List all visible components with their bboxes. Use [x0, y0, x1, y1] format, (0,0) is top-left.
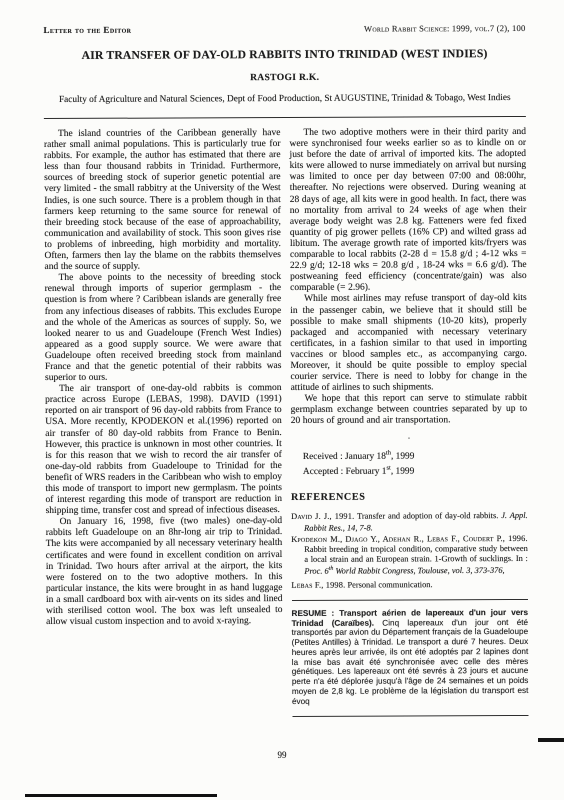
reference-item: Kpodekon M., Djago Y., Adehan R., Lebas … — [291, 534, 528, 576]
body-paragraph: While most airlines may refuse transport… — [290, 293, 527, 394]
received-date: Received : January 18th, 1999 — [303, 446, 528, 462]
scanned-paper-page: Letter to the Editor World Rabbit Scienc… — [0, 0, 564, 800]
left-column: The island countries of the Caribbean ge… — [44, 128, 283, 726]
author-affiliation: Faculty of Agriculture and Natural Scien… — [44, 93, 526, 105]
accepted-date: Accepted : February 1st, 1999 — [303, 462, 528, 478]
header-rule — [44, 116, 526, 119]
page-content: Letter to the Editor World Rabbit Scienc… — [43, 23, 528, 726]
two-column-body: The island countries of the Caribbean ge… — [44, 127, 529, 726]
reference-item: Lebas F., 1998. Personal communication. — [291, 578, 528, 591]
body-paragraph: The island countries of the Caribbean ge… — [44, 128, 281, 273]
resume-abstract: RESUME : Transport aérien de lapereaux d… — [292, 608, 529, 707]
page-number: 99 — [0, 750, 564, 760]
references-heading: REFERENCES — [291, 491, 528, 503]
body-paragraph: The two adoptive mothers were in their t… — [289, 127, 526, 294]
scan-artifact-bar — [25, 794, 217, 797]
author-name: RASTOGI R.K. — [44, 71, 526, 84]
running-head: Letter to the Editor World Rabbit Scienc… — [43, 23, 525, 35]
right-column: The two adoptive mothers were in their t… — [289, 127, 528, 725]
stray-mark: . — [291, 430, 528, 439]
scan-artifact-mark — [538, 738, 564, 742]
article-title: AIR TRANSFER OF DAY-OLD RABBITS INTO TRI… — [44, 47, 526, 62]
body-paragraph: We hope that this report can serve to st… — [291, 393, 528, 427]
section-kicker: Letter to the Editor — [43, 25, 131, 35]
body-paragraph: The air transport of one-day-old rabbits… — [45, 383, 282, 517]
resume-rule-top — [291, 598, 528, 600]
body-paragraph: The above points to the necessity of bre… — [45, 272, 282, 384]
submission-dates: Received : January 18th, 1999 Accepted :… — [303, 446, 528, 477]
references-list: David J. J., 1991. Transfer and adoption… — [291, 511, 528, 591]
body-paragraph: On January 16, 1998, five (two males) on… — [46, 516, 283, 628]
resume-rule-bottom — [292, 715, 529, 717]
journal-citation: World Rabbit Science: 1999, vol.7 (2), 1… — [364, 23, 526, 34]
reference-item: David J. J., 1991. Transfer and adoption… — [291, 511, 528, 534]
